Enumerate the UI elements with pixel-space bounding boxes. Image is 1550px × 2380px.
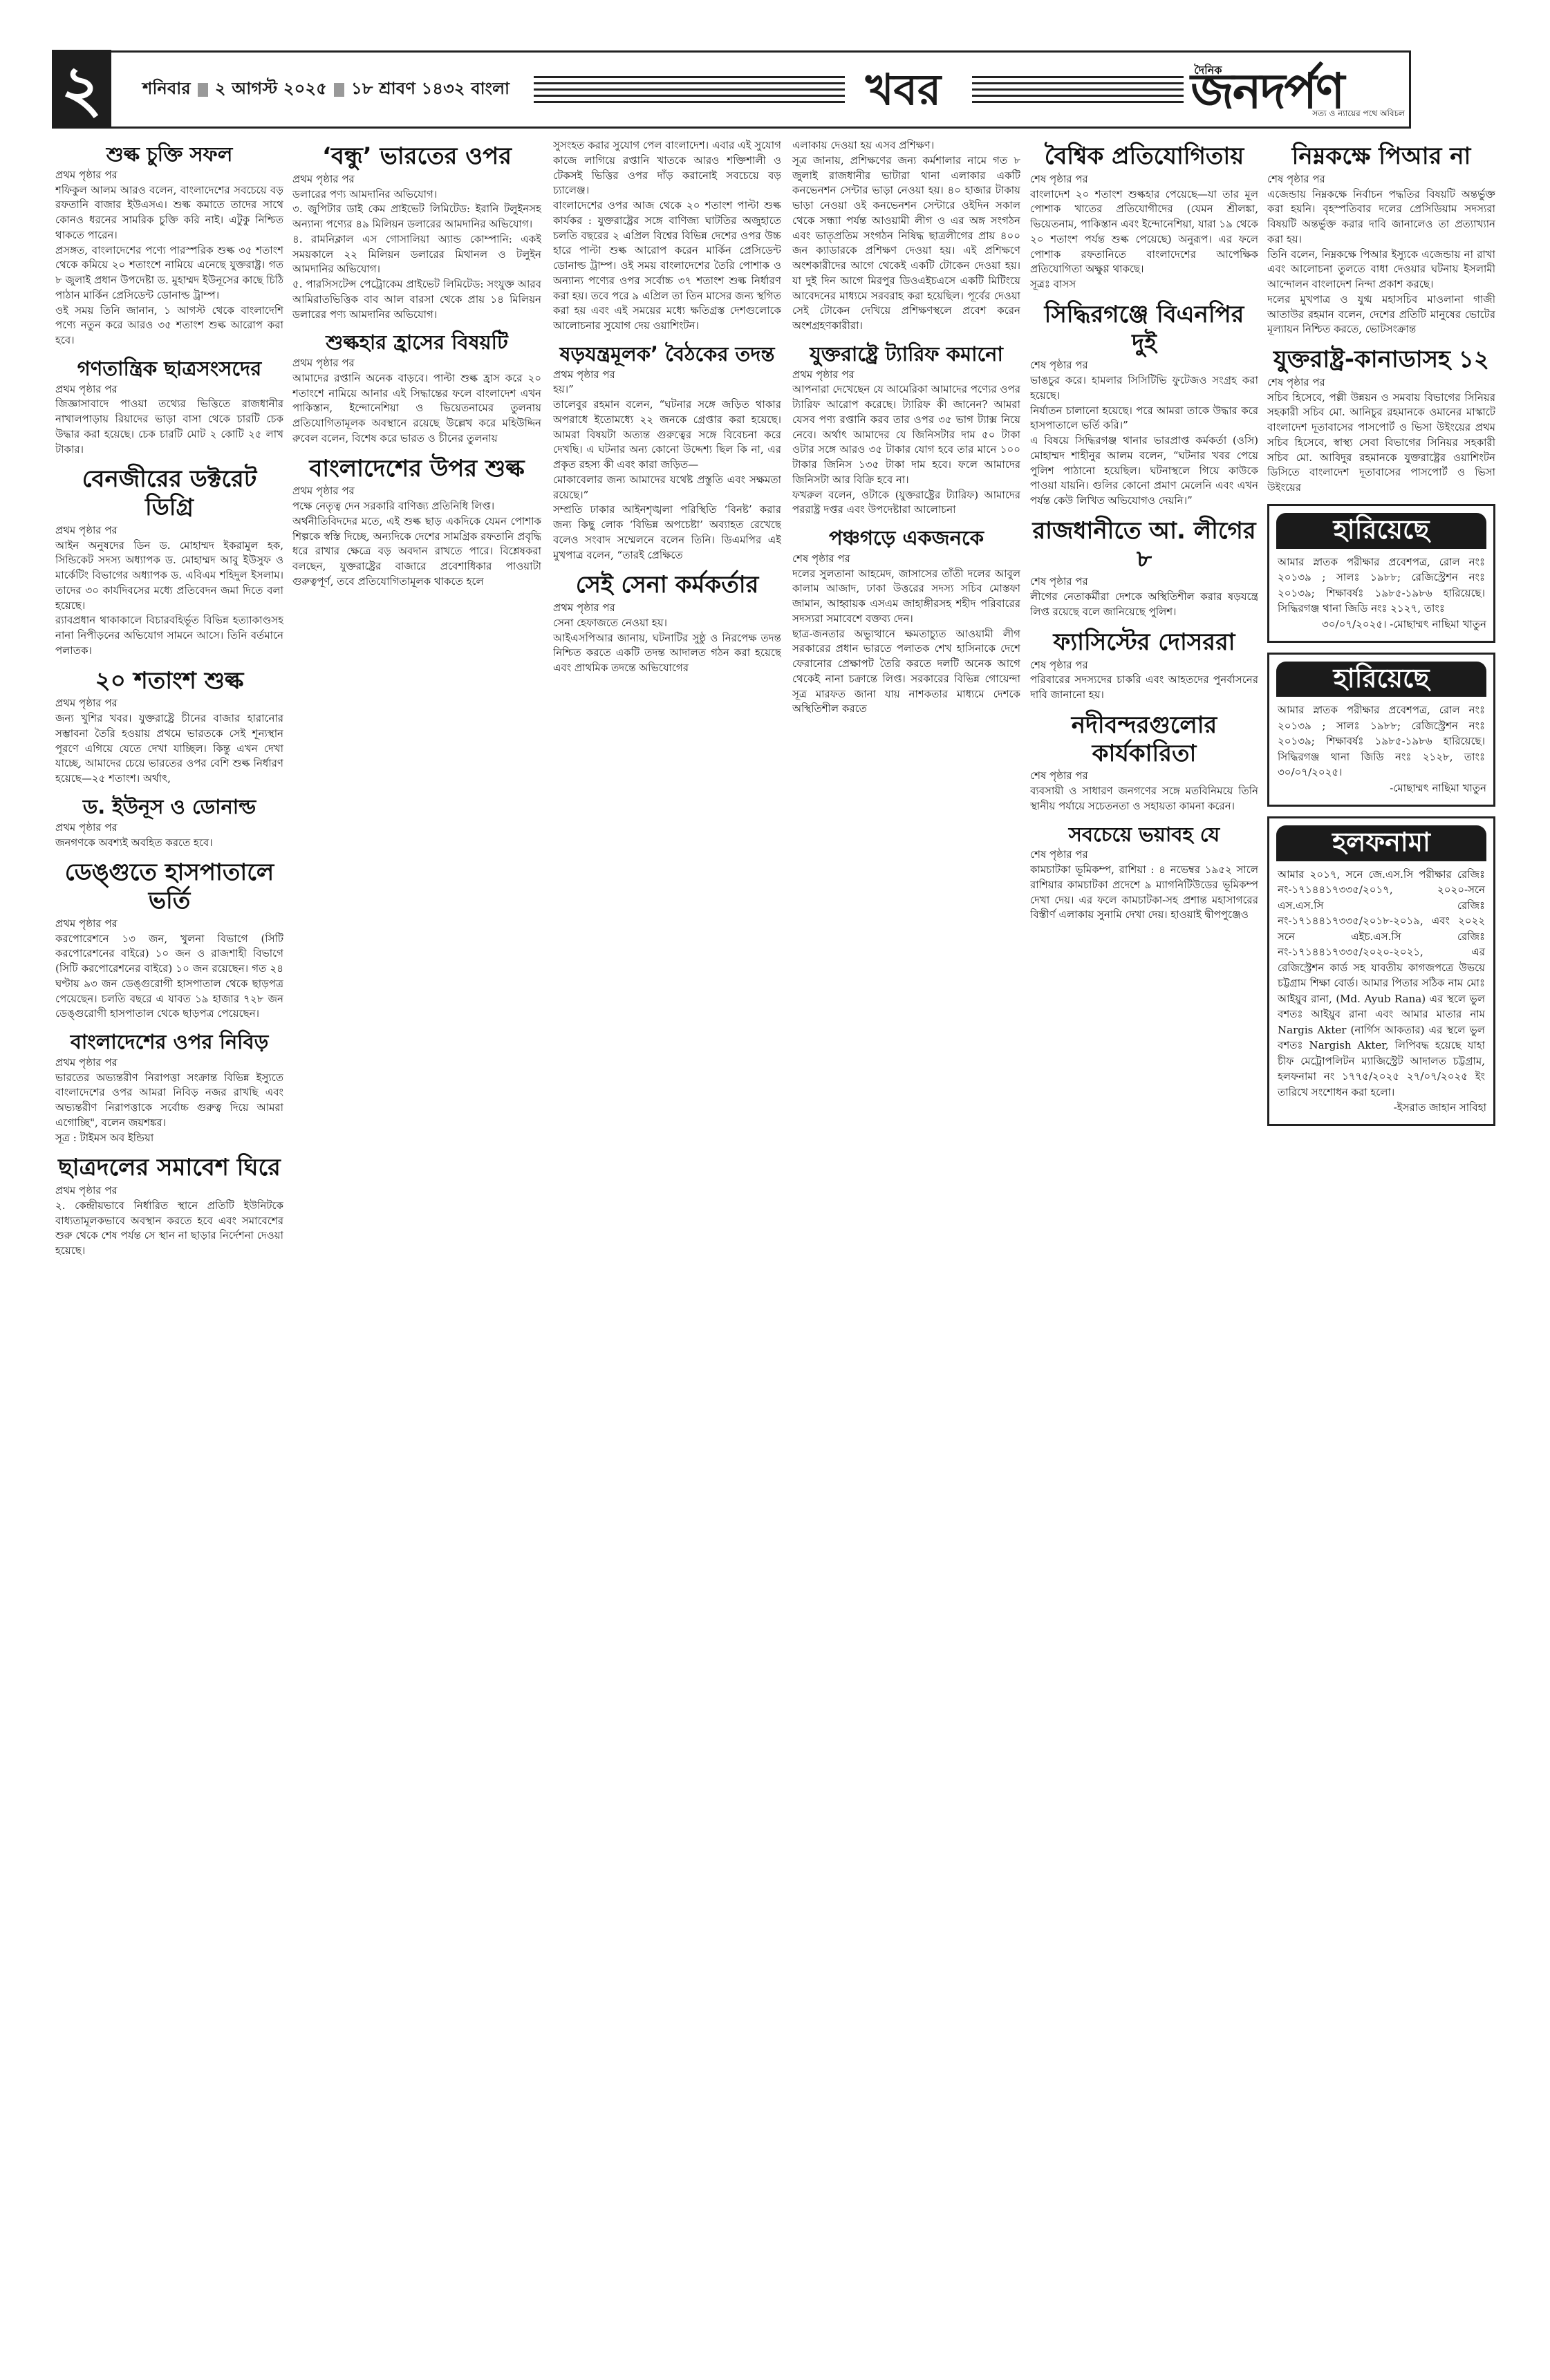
paragraph: তালেবুর রহমান বলেন, “ঘটনার সঙ্গে জড়িত থ…	[553, 397, 781, 473]
jump-line: শেষ পৃষ্ঠার পর	[1030, 769, 1258, 784]
headline: সেই সেনা কর্মকর্তার	[553, 571, 781, 599]
headline: শুল্কহার হ্রাসের বিষয়টি	[292, 330, 541, 355]
classified-body: আমার ২০১৭, সনে জে.এস.সি পরীক্ষার রেজিঃ ন…	[1276, 861, 1486, 1100]
paragraph: ডলারের পণ্য আমদানির অভিযোগ।	[292, 187, 541, 203]
paragraph: এলাকায় দেওয়া হয় এসব প্রশিক্ষণ।	[792, 138, 1020, 153]
classified-signature: -ইসরাত জাহান সাবিহা	[1276, 1100, 1486, 1117]
paragraph: লীগের নেতাকর্মীরা দেশকে অস্থিতিশীল করার …	[1030, 590, 1258, 620]
paragraph: এজেন্ডায় নিম্নকক্ষে নির্বাচন পদ্ধতির বি…	[1267, 187, 1495, 247]
paragraph: সচিব হিসেবে, পল্লী উন্নয়ন ও সমবায় বিভা…	[1267, 391, 1495, 496]
dateline-bengali: ১৮ শ্রাবণ ১৪৩২ বাংলা	[351, 76, 510, 104]
article-chhatradal: ছাত্রদলের সমাবেশ ঘিরে প্রথম পৃষ্ঠার পর ২…	[55, 1154, 283, 1259]
jump-line: প্রথম পৃষ্ঠার পর	[292, 484, 541, 499]
jump-line: প্রথম পৃষ্ঠার পর	[55, 382, 283, 397]
paragraph: জিজ্ঞাসাবাদে পাওয়া তথ্যের ভিত্তিতে রাজধ…	[55, 397, 283, 457]
headline: নিম্নকক্ষে পিআর না	[1267, 142, 1495, 171]
jump-line: শেষ পৃষ্ঠার পর	[1030, 658, 1258, 673]
jump-line: শেষ পৃষ্ঠার পর	[792, 552, 1020, 567]
paragraph: ছাত্র-জনতার অভ্যুত্থানে ক্ষমতাচ্যুত আওয়…	[792, 627, 1020, 718]
paragraph: প্রসঙ্গত, বাংলাদেশের পণ্যে পারস্পরিক শুল…	[55, 243, 283, 303]
article-tariff-reduce: শুল্কহার হ্রাসের বিষয়টি প্রথম পৃষ্ঠার প…	[292, 330, 541, 446]
paragraph: র‌্যাবপ্রধান থাকাকালে বিচারবহির্ভূত বিভি…	[55, 613, 283, 658]
page-number: ২	[52, 50, 111, 128]
headline: গণতান্ত্রিক ছাত্রসংসদের	[55, 357, 283, 381]
article-tariff-deal: শুল্ক চুক্তি সফল প্রথম পৃষ্ঠার পর শফিকুল…	[55, 142, 283, 348]
headline: বেনজীরের ডক্টরেট ডিগ্রি	[55, 465, 283, 522]
classified-lost-notice: হারিয়েছে আমার স্নাতক পরীক্ষার প্রবেশপত্…	[1267, 653, 1495, 807]
article-body: হয়।” তালেবুর রহমান বলেন, “ঘটনার সঙ্গে জ…	[553, 382, 781, 563]
headline: ষড়যন্ত্রমূলক’ বৈঠকের তদন্ত	[553, 342, 781, 366]
article-body: ব্যবসায়ী ও সাধারণ জনগণের সঙ্গে মতবিনিময…	[1030, 784, 1258, 814]
jump-line: শেষ পৃষ্ঠার পর	[1030, 847, 1258, 863]
article-river-ports: নদীবন্দরগুলোর কার্যকারিতা শেষ পৃষ্ঠার পর…	[1030, 711, 1258, 814]
article-body: ভারতের অভ্যন্তরীণ নিরাপত্তা সংক্রান্ত বি…	[55, 1071, 283, 1131]
paragraph: দলের মুখপাত্র ও যুগ্ম মহাসচিব মাওলানা গা…	[1267, 292, 1495, 337]
column-4: এলাকায় দেওয়া হয় এসব প্রশিক্ষণ। সূত্র …	[792, 138, 1020, 2364]
article-body: বাংলাদেশ ২০ শতাংশ শুল্কহার পেয়েছে—যা তা…	[1030, 187, 1258, 278]
paragraph: সূত্র জানায়, প্রশিক্ষণের জন্য কর্মশালার…	[792, 153, 1020, 334]
headline: যুক্তরাষ্ট্র-কানাডাসহ ১২	[1267, 346, 1495, 374]
newspaper-logo: দৈনিক জনদর্পণ সত্য ও ন্যায়ের পথে অবিচল	[1190, 53, 1409, 126]
paragraph: জন্য খুশির খবর। যুক্তরাষ্ট্রে চীনের বাজা…	[55, 711, 283, 787]
section-title: খবর	[866, 68, 941, 111]
paragraph: ভাঙচুর করে। হামলার সিসিটিভি ফুটেজও সংগ্র…	[1030, 373, 1258, 404]
article-conspiracy: ষড়যন্ত্রমূলক’ বৈঠকের তদন্ত প্রথম পৃষ্ঠা…	[553, 342, 781, 563]
article-us-tariff-cut: যুক্তরাষ্ট্রে ট্যারিফ কমানো প্রথম পৃষ্ঠা…	[792, 342, 1020, 518]
column-5: বৈশ্বিক প্রতিযোগিতায় শেষ পৃষ্ঠার পর বাং…	[1030, 138, 1258, 2364]
article-body: ২. কেন্দ্রীয়ভাবে নির্ধারিত স্থানে প্রতি…	[55, 1199, 283, 1259]
article-global-competition: বৈশ্বিক প্রতিযোগিতায় শেষ পৃষ্ঠার পর বাং…	[1030, 142, 1258, 292]
separator-square-icon	[198, 83, 208, 97]
jump-line: প্রথম পৃষ্ঠার পর	[55, 821, 283, 836]
paragraph: ওই সময় তিনি জানান, ১ আগস্ট থেকে বাংলাদে…	[55, 303, 283, 348]
jump-line: শেষ পৃষ্ঠার পর	[1267, 375, 1495, 391]
jump-line: শেষ পৃষ্ঠার পর	[1267, 172, 1495, 187]
article-dengue: ডেঙ্গুতে হাসপাতালে ভর্তি প্রথম পৃষ্ঠার প…	[55, 859, 283, 1022]
jump-line: শেষ পৃষ্ঠার পর	[1030, 172, 1258, 187]
article-siddhirganj: সিদ্ধিরগঞ্জে বিএনপির দুই শেষ পৃষ্ঠার পর …	[1030, 301, 1258, 509]
dateline-gregorian: ২ আগস্ট ২০২৫	[215, 76, 327, 104]
separator-square-icon	[334, 83, 344, 97]
jump-line: প্রথম পৃষ্ঠার পর	[553, 601, 781, 616]
article-body: পক্ষে নেতৃত্ব দেন সরকারি বাণিজ্য প্রতিনি…	[292, 499, 541, 590]
paragraph: আইএসপিআর জানায়, ঘটনাটির সুষ্ঠু ও নিরপেক…	[553, 631, 781, 676]
classified-body: আমার স্নাতক পরীক্ষার প্রবেশপত্র, রোল নংঃ…	[1276, 697, 1486, 780]
jump-line: প্রথম পৃষ্ঠার পর	[55, 696, 283, 711]
paragraph: আইন অনুষদের ডিন ড. মোহাম্মদ ইকরামুল হক, …	[55, 538, 283, 614]
paragraph: ৩. জুপিটার ডাই কেম প্রাইভেট লিমিটেড: ইরা…	[292, 202, 541, 232]
paragraph: সম্প্রতি ঢাকার আইনশৃঙ্খলা পরিস্থিতি ‘বিন…	[553, 503, 781, 563]
classified-title: হারিয়েছে	[1276, 513, 1486, 549]
classified-title: হারিয়েছে	[1276, 662, 1486, 697]
jump-line: প্রথম পৃষ্ঠার পর	[55, 1056, 283, 1071]
article-body: এজেন্ডায় নিম্নকক্ষে নির্বাচন পদ্ধতির বি…	[1267, 187, 1495, 338]
classified-affidavit: হলফনামা আমার ২০১৭, সনে জে.এস.সি পরীক্ষার…	[1267, 816, 1495, 1126]
paragraph: সেনা হেফাজতে নেওয়া হয়।	[553, 616, 781, 631]
dateline-day: শনিবার	[142, 76, 191, 104]
jump-line: প্রথম পৃষ্ঠার পর	[55, 917, 283, 932]
paragraph: পরিবারের সদস্যদের চাকরি এবং আহতদের পুনর্…	[1030, 673, 1258, 703]
headline: পঞ্চগড়ে একজনকে	[792, 526, 1020, 550]
paragraph: আপনারা দেখেছেন যে আমেরিকা আমাদের পণ্যের …	[792, 382, 1020, 487]
article-student-league: গণতান্ত্রিক ছাত্রসংসদের প্রথম পৃষ্ঠার পর…	[55, 357, 283, 458]
article-benazir-degree: বেনজীরের ডক্টরেট ডিগ্রি প্রথম পৃষ্ঠার পর…	[55, 465, 283, 658]
headline: বাংলাদেশের উপর শুল্ক	[292, 455, 541, 483]
jump-line: শেষ পৃষ্ঠার পর	[1030, 358, 1258, 373]
article-body: কামচাটকা ভূমিকম্প, রাশিয়া : ৪ নভেম্বর ১…	[1030, 863, 1258, 923]
article-body: পরিবারের সদস্যদের চাকরি এবং আহতদের পুনর্…	[1030, 673, 1258, 703]
jump-line: প্রথম পৃষ্ঠার পর	[55, 523, 283, 538]
headline: সবচেয়ে ভয়াবহ যে	[1030, 823, 1258, 847]
paragraph: বাংলাদেশ ২০ শতাংশ শুল্কহার পেয়েছে—যা তা…	[1030, 187, 1258, 278]
paragraph: ব্যবসায়ী ও সাধারণ জনগণের সঙ্গে মতবিনিময…	[1030, 784, 1258, 814]
jump-line: শেষ পৃষ্ঠার পর	[1030, 574, 1258, 590]
article-army-officer: সেই সেনা কর্মকর্তার প্রথম পৃষ্ঠার পর সেন…	[553, 571, 781, 676]
article-body: দলের সুলতানা আহমেদ, জাসাসের তাঁতী দলের আ…	[792, 567, 1020, 718]
article-training: এলাকায় দেওয়া হয় এসব প্রশিক্ষণ। সূত্র …	[792, 138, 1020, 334]
article-yunus-trump: ড. ইউনূস ও ডোনাল্ড প্রথম পৃষ্ঠার পর জনগণ…	[55, 795, 283, 850]
headline: বৈশ্বিক প্রতিযোগিতায়	[1030, 142, 1258, 171]
article-us-canada-12: যুক্তরাষ্ট্র-কানাডাসহ ১২ শেষ পৃষ্ঠার পর …	[1267, 346, 1495, 496]
decorative-rules	[534, 76, 845, 103]
article-body: আইন অনুষদের ডিন ড. মোহাম্মদ ইকরামুল হক, …	[55, 538, 283, 659]
paragraph: বাংলাদেশের ওপর আজ থেকে ২০ শতাংশ পাল্টা শ…	[553, 198, 781, 334]
column-3: সুসংহত করার সুযোগ পেল বাংলাদেশ। এবার এই …	[553, 138, 781, 2364]
paragraph: জনগণকে অবশ্যই অবহিত করতে হবে।	[55, 836, 283, 851]
source-line: সূত্র : টাইমস অব ইন্ডিয়া	[55, 1131, 283, 1146]
paragraph: ভারতের অভ্যন্তরীণ নিরাপত্তা সংক্রান্ত বি…	[55, 1071, 283, 1131]
classified-signature: -মোছাম্মৎ নাছিমা খাতুন	[1276, 780, 1486, 798]
headline: রাজধানীতে আ. লীগের ৮	[1030, 517, 1258, 574]
classified-signature: ৩০/০৭/২০২৫। -মোছাম্মৎ নাছিমা খাতুন	[1276, 617, 1486, 634]
headline: ছাত্রদলের সমাবেশ ঘিরে	[55, 1154, 283, 1182]
headline: ‘বন্ধু’ ভারতের ওপর	[292, 142, 541, 171]
article-body: জিজ্ঞাসাবাদে পাওয়া তথ্যের ভিত্তিতে রাজধ…	[55, 397, 283, 457]
article-body: সুসংহত করার সুযোগ পেল বাংলাদেশ। এবার এই …	[553, 138, 781, 334]
article-body: আপনারা দেখেছেন যে আমেরিকা আমাদের পণ্যের …	[792, 382, 1020, 518]
headline: সিদ্ধিরগঞ্জে বিএনপির দুই	[1030, 301, 1258, 357]
paragraph: আমাদের রপ্তানি অনেক বাড়বে। পাল্টা শুল্ক…	[292, 371, 541, 447]
article-body: সচিব হিসেবে, পল্লী উন্নয়ন ও সমবায় বিভা…	[1267, 391, 1495, 496]
decorative-rules	[972, 76, 1184, 103]
article-body: লীগের নেতাকর্মীরা দেশকে অস্থিতিশীল করার …	[1030, 590, 1258, 620]
article-body: শফিকুল আলম আরও বলেন, বাংলাদেশের সবচেয়ে …	[55, 183, 283, 348]
article-column3-lead: সুসংহত করার সুযোগ পেল বাংলাদেশ। এবার এই …	[553, 138, 781, 334]
article-friend-india: ‘বন্ধু’ ভারতের ওপর প্রথম পৃষ্ঠার পর ডলার…	[292, 142, 541, 322]
paragraph: ৫. পারসিসটেন্স পেট্রোকেম প্রাইভেট লিমিটে…	[292, 277, 541, 322]
jump-line: প্রথম পৃষ্ঠার পর	[292, 356, 541, 371]
brand-tagline: সত্য ও ন্যায়ের পথে অবিচল	[1312, 108, 1405, 122]
article-panchagarh: পঞ্চগড়ে একজনকে শেষ পৃষ্ঠার পর দলের সুলত…	[792, 526, 1020, 717]
headline: ফ্যাসিস্টের দোসররা	[1030, 628, 1258, 657]
masthead: ২ শনিবার ২ আগস্ট ২০২৫ ১৮ শ্রাবণ ১৪৩২ বাং…	[52, 50, 1411, 129]
column-1: শুল্ক চুক্তি সফল প্রথম পৃষ্ঠার পর শফিকুল…	[55, 138, 283, 2364]
article-body: জন্য খুশির খবর। যুক্তরাষ্ট্রে চীনের বাজা…	[55, 711, 283, 787]
source-line: সূত্রঃ বাসস	[1030, 277, 1258, 292]
paragraph: ২. কেন্দ্রীয়ভাবে নির্ধারিত স্থানে প্রতি…	[55, 1199, 283, 1259]
paragraph: হয়।”	[553, 382, 781, 397]
classified-date: ৩০/০৭/২০২৫।	[1322, 618, 1386, 630]
headline: শুল্ক চুক্তি সফল	[55, 142, 283, 167]
jump-line: প্রথম পৃষ্ঠার পর	[55, 168, 283, 183]
article-earthquake: সবচেয়ে ভয়াবহ যে শেষ পৃষ্ঠার পর কামচাটক…	[1030, 823, 1258, 924]
jump-line: প্রথম পৃষ্ঠার পর	[292, 172, 541, 187]
column-2: ‘বন্ধু’ ভারতের ওপর প্রথম পৃষ্ঠার পর ডলার…	[292, 138, 541, 2364]
article-close-watch: বাংলাদেশের ওপর নিবিড় প্রথম পৃষ্ঠার পর ভ…	[55, 1030, 283, 1145]
article-bd-tariff: বাংলাদেশের উপর শুল্ক প্রথম পৃষ্ঠার পর পক…	[292, 455, 541, 590]
article-body: আমাদের রপ্তানি অনেক বাড়বে। পাল্টা শুল্ক…	[292, 371, 541, 447]
paragraph: কামচাটকা ভূমিকম্প, রাশিয়া : ৪ নভেম্বর ১…	[1030, 863, 1258, 923]
article-body: করপোরেশনে ১৩ জন, খুলনা বিভাগে (সিটি করপো…	[55, 932, 283, 1022]
article-body: সেনা হেফাজতে নেওয়া হয়। আইএসপিআর জানায়…	[553, 616, 781, 676]
headline: ২০ শতাংশ শুল্ক	[55, 667, 283, 695]
paragraph: সুসংহত করার সুযোগ পেল বাংলাদেশ। এবার এই …	[553, 138, 781, 198]
paragraph: তিনি বলেন, নিম্নকক্ষে পিআর ইস্যুকে এজেন্…	[1267, 247, 1495, 292]
page-body: শুল্ক চুক্তি সফল প্রথম পৃষ্ঠার পর শফিকুল…	[55, 138, 1493, 2364]
article-body: জনগণকে অবশ্যই অবহিত করতে হবে।	[55, 836, 283, 851]
dateline: শনিবার ২ আগস্ট ২০২৫ ১৮ শ্রাবণ ১৪৩২ বাংলা	[142, 76, 510, 104]
paragraph: এ বিষয়ে সিদ্ধিরগঞ্জ থানার ভারপ্রাপ্ত কর…	[1030, 433, 1258, 509]
article-body: ডলারের পণ্য আমদানির অভিযোগ। ৩. জুপিটার ড…	[292, 187, 541, 323]
paragraph: ৪. রামনিক্লাল এস গোসালিয়া অ্যান্ড কোম্প…	[292, 232, 541, 277]
paragraph: পক্ষে নেতৃত্ব দেন সরকারি বাণিজ্য প্রতিনি…	[292, 499, 541, 514]
paragraph: ফখরুল বলেন, ওটাকে (যুক্তরাষ্ট্রের ট্যারি…	[792, 488, 1020, 518]
paragraph: মোকাবেলার জন্য আমাদের যথেষ্ট প্রস্তুতি এ…	[553, 473, 781, 503]
classified-signer: -মোছাম্মৎ নাছিমা খাতুন	[1390, 618, 1486, 630]
paragraph: করপোরেশনে ১৩ জন, খুলনা বিভাগে (সিটি করপো…	[55, 932, 283, 1022]
jump-line: প্রথম পৃষ্ঠার পর	[792, 368, 1020, 383]
article-pr-lower-house: নিম্নকক্ষে পিআর না শেষ পৃষ্ঠার পর এজেন্ড…	[1267, 142, 1495, 337]
article-body: এলাকায় দেওয়া হয় এসব প্রশিক্ষণ। সূত্র …	[792, 138, 1020, 334]
paragraph: অর্থনীতিবিদদের মতে, এই শুল্ক ছাড় একদিকে…	[292, 514, 541, 590]
article-body: ভাঙচুর করে। হামলার সিসিটিভি ফুটেজও সংগ্র…	[1030, 373, 1258, 509]
jump-line: প্রথম পৃষ্ঠার পর	[553, 368, 781, 383]
column-6: নিম্নকক্ষে পিআর না শেষ পৃষ্ঠার পর এজেন্ড…	[1267, 138, 1495, 2364]
paragraph: নির্যাতন চালানো হয়েছে। পরে আমরা তাকে উদ…	[1030, 404, 1258, 434]
article-awami-league-8: রাজধানীতে আ. লীগের ৮ শেষ পৃষ্ঠার পর লীগে…	[1030, 517, 1258, 620]
headline: যুক্তরাষ্ট্রে ট্যারিফ কমানো	[792, 342, 1020, 366]
article-twenty-percent: ২০ শতাংশ শুল্ক প্রথম পৃষ্ঠার পর জন্য খুশ…	[55, 667, 283, 787]
paragraph: দলের সুলতানা আহমেদ, জাসাসের তাঁতী দলের আ…	[792, 567, 1020, 627]
headline: বাংলাদেশের ওপর নিবিড়	[55, 1030, 283, 1054]
paragraph: শফিকুল আলম আরও বলেন, বাংলাদেশের সবচেয়ে …	[55, 183, 283, 243]
jump-line: প্রথম পৃষ্ঠার পর	[55, 1183, 283, 1199]
classified-body: আমার স্নাতক পরীক্ষার প্রবেশপত্র, রোল নংঃ…	[1276, 549, 1486, 617]
article-fascist-allies: ফ্যাসিস্টের দোসররা শেষ পৃষ্ঠার পর পরিবার…	[1030, 628, 1258, 703]
classified-lost-notice: হারিয়েছে আমার স্নাতক পরীক্ষার প্রবেশপত্…	[1267, 504, 1495, 643]
headline: ড. ইউনূস ও ডোনাল্ড	[55, 795, 283, 819]
headline: নদীবন্দরগুলোর কার্যকারিতা	[1030, 711, 1258, 768]
headline: ডেঙ্গুতে হাসপাতালে ভর্তি	[55, 859, 283, 915]
classified-title: হলফনামা	[1276, 825, 1486, 861]
